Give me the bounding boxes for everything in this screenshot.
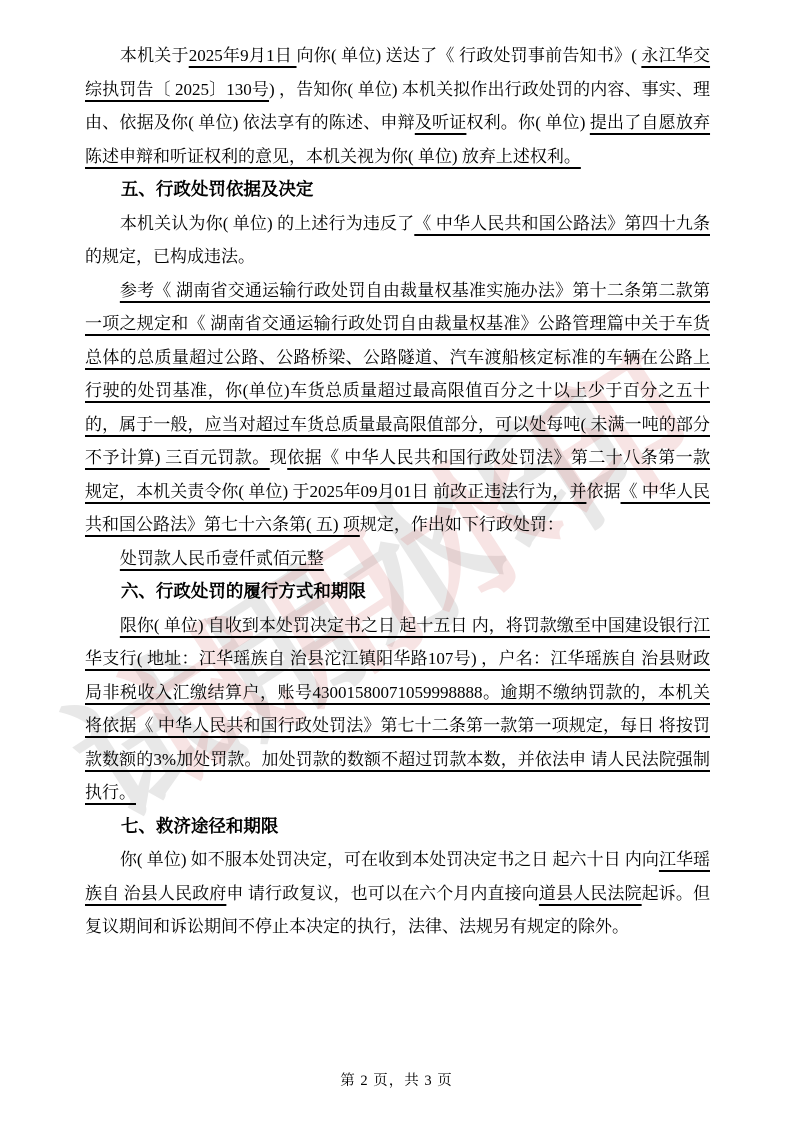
heading-section-7: 七、救济途径和期限 <box>85 810 710 844</box>
body-text: 本机关认为你( 单位) 的上述行为违反了 <box>120 214 414 233</box>
body-text: 依据 <box>586 482 620 501</box>
para-prior-notification: 本机关于2025年9月1日 向你( 单位) 送达了《 行政处罚事前告知书》( 永… <box>85 39 710 173</box>
filled-blank-text: 限你( 单位) 自收到本处罚决定书之日 起十五日 内，将罚款缴至中国建设银行江华… <box>85 616 710 803</box>
body-text: 六、行政处罚的履行方式和期限 <box>121 581 366 601</box>
document-page: 试用水印 试用水印 本机关于2025年9月1日 向你( 单位) 送达了《 行政处… <box>0 0 793 1122</box>
filled-blank-text: 及听证 <box>415 113 467 132</box>
para-penalty-amount: 处罚款人民币壹仟贰佰元整 <box>85 542 710 576</box>
body-text: 申 请行政复议，也可以在六个月内直接向 <box>226 884 539 903</box>
filled-blank-text: 处罚款人民币壹仟贰佰元整 <box>120 549 324 568</box>
body-text: 权利。你( 单位) <box>466 113 589 132</box>
page-footer: 第 2 页，共 3 页 <box>0 1069 793 1090</box>
para-violation-finding: 本机关认为你( 单位) 的上述行为违反了《 中华人民共和国公路法》第四十九条的规… <box>85 207 710 274</box>
body-text: 七、救济途径和期限 <box>121 816 279 836</box>
filled-blank-text: 《 中华人民共和国公路法》第四十九条 <box>414 214 710 233</box>
body-text: 现 <box>270 448 287 467</box>
heading-section-6: 六、行政处罚的履行方式和期限 <box>85 575 710 609</box>
filled-blank-text: 参考《 湖南省交通运输行政处罚自由裁量权基准实施办法》第十二条第二款第一项之规定… <box>85 281 710 468</box>
body-text: 规定，作出如下行政处罚： <box>360 515 564 534</box>
filled-blank-text: 2025年9月1日 <box>189 46 297 65</box>
page-number-text: 第 2 页，共 3 页 <box>340 1073 453 1089</box>
para-payment-instructions: 限你( 单位) 自收到本处罚决定书之日 起十五日 内，将罚款缴至中国建设银行江华… <box>85 609 710 810</box>
document-body: 本机关于2025年9月1日 向你( 单位) 送达了《 行政处罚事前告知书》( 永… <box>85 39 710 944</box>
body-text: 的规定，已构成违法。 <box>85 247 255 266</box>
filled-blank-text: 道县人民法院 <box>539 884 642 903</box>
body-text: 你( 单位) 如不服本处罚决定，可在收到本处罚决定书之日 起六十日 内向 <box>120 850 659 869</box>
body-text: 五、行政处罚依据及决定 <box>121 179 314 199</box>
para-remedies: 你( 单位) 如不服本处罚决定，可在收到本处罚决定书之日 起六十日 内向江华瑶族… <box>85 843 710 944</box>
para-discretion-basis: 参考《 湖南省交通运输行政处罚自由裁量权基准实施办法》第十二条第二款第一项之规定… <box>85 274 710 542</box>
heading-section-5: 五、行政处罚依据及决定 <box>85 173 710 207</box>
body-text: 向你( 单位) 送达了《 行政处罚事前告知书》( <box>297 46 642 65</box>
body-text: 本机关于 <box>120 46 189 65</box>
